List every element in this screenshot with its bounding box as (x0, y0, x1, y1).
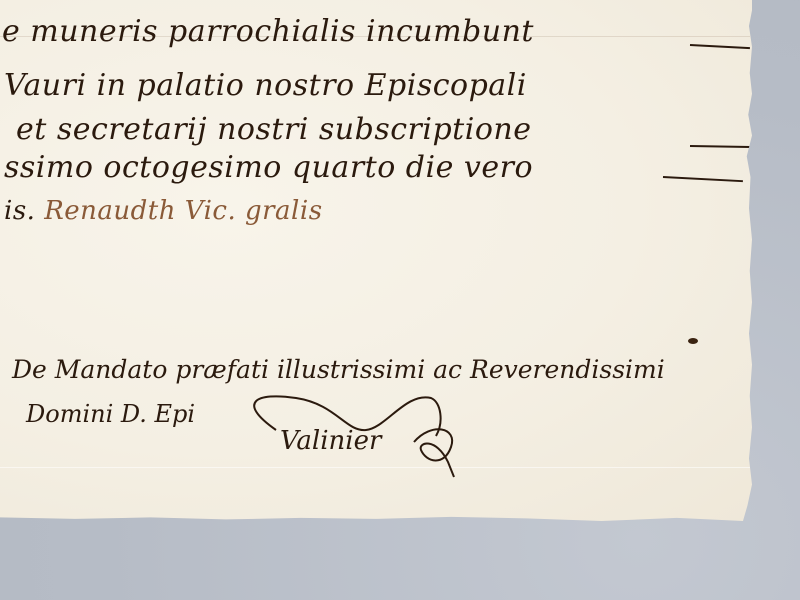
signature-name: Valinier (280, 426, 381, 456)
vicar-general-annotation: Renaudth Vic. gralis (44, 196, 322, 226)
ink-blot (688, 338, 698, 344)
manuscript-line-3: et secretarij nostri subscriptione (16, 112, 531, 147)
line-filler-stroke (690, 145, 750, 148)
line-filler-stroke (663, 176, 743, 182)
manuscript-page: e muneris parrochialis incumbunt Vauri i… (0, 0, 752, 521)
line-5-text: is. (4, 196, 35, 226)
domini-line: Domini D. Epi (26, 400, 195, 428)
manuscript-line-5: is. Renaudth Vic. gralis (4, 196, 323, 226)
mandate-line: De Mandato præfati illustrissimi ac Reve… (12, 355, 665, 384)
manuscript-line-1: e muneris parrochialis incumbunt (2, 14, 534, 49)
manuscript-line-4: ssimo octogesimo quarto die vero (4, 150, 533, 185)
signature-block: Valinier (236, 392, 466, 482)
manuscript-line-2: Vauri in palatio nostro Episcopali (4, 68, 527, 103)
line-filler-stroke (690, 44, 750, 49)
